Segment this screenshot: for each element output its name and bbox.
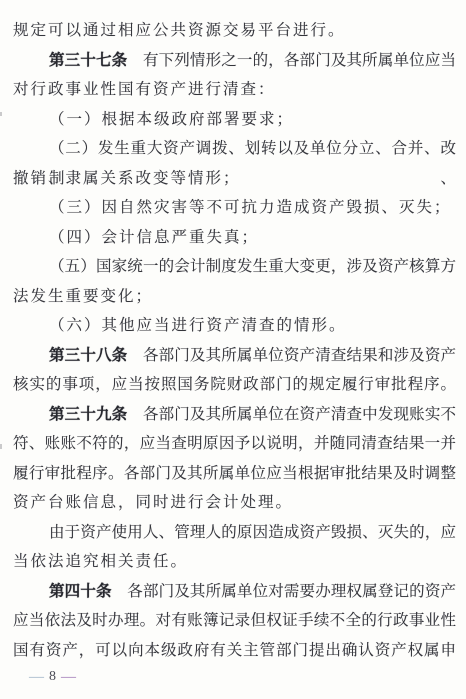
text-segment: 撤销、隶属关系改变等情形； [13, 170, 241, 187]
document-text: 规定可以通过相应公共资源交易平台进行。第三十七条 有下列情形之一的，各部门及其所… [13, 16, 456, 665]
text-line: 规定可以通过相应公共资源交易平台进行。 [13, 16, 456, 46]
text-segment: （四）会计信息严重失真； [49, 229, 259, 246]
text-line: 第四十条 各部门及其所属单位对需要办理权属登记的资产 [13, 577, 456, 607]
text-segment: 资产台账信息，同时进行会计处理。 [13, 494, 293, 511]
text-segment: 各部门及其所属单位对需要办理权属登记的资产 [112, 583, 456, 600]
text-line: 当依法追究相关责任。 [13, 547, 456, 577]
text-line: 第三十八条 各部门及其所属单位资产清查结果和涉及资产 [13, 341, 456, 371]
text-line: 符、账账不符的，应当查明原因予以说明，并随同清查结果一并 [13, 429, 456, 459]
text-line: 履行审批程序。各部门及其所属单位应当根据审批结果及时调整 [13, 459, 456, 489]
text-line: 核实的事项，应当按照国务院财政部门的规定履行审批程序。 [13, 370, 456, 400]
text-line: （四）会计信息严重失真； [13, 223, 456, 253]
text-line: （一）根据本级政府部署要求； [13, 105, 456, 135]
text-line: （三）因自然灾害等不可抗力造成资产毁损、灭失； [13, 193, 456, 223]
page-number-dash-left: — [29, 669, 44, 686]
text-segment: 应当依法及时办理。对有账簿记录但权证手续不全的行政事业性 [13, 612, 456, 629]
text-segment: （五）国家统一的会计制度发生重大变更，涉及资产核算方 [49, 258, 456, 275]
scan-artifact [0, 112, 2, 116]
article-number: 第三十七条 [49, 52, 127, 69]
text-line: 应当依法及时办理。对有账簿记录但权证手续不全的行政事业性 [13, 606, 456, 636]
text-segment: 符、账账不符的，应当查明原因予以说明，并随同清查结果一并 [13, 435, 456, 452]
text-segment: 规定可以通过相应公共资源交易平台进行。 [13, 22, 346, 39]
text-segment: 法发生重要变化； [13, 288, 153, 305]
page-number-value: 8 [49, 669, 56, 685]
text-segment: （一）根据本级政府部署要求； [49, 111, 294, 128]
text-line: （六）其他应当进行资产清查的情形。 [13, 311, 456, 341]
text-segment: 履行审批程序。各部门及其所属单位应当根据审批结果及时调整 [13, 465, 456, 482]
article-number: 第四十条 [49, 583, 112, 600]
text-line: 法发生重要变化； [13, 282, 456, 312]
text-segment: 有下列情形之一的，各部门及其所属单位应当 [127, 52, 456, 69]
scan-artifact [0, 444, 2, 449]
text-line: 国有资产，可以向本级政府有关主管部门提出确认资产权属申 [13, 636, 456, 666]
text-segment: （三）因自然灾害等不可抗力造成资产毁损、灭失； [49, 199, 452, 216]
text-line: 资产台账信息，同时进行会计处理。 [13, 488, 456, 518]
text-segment: 各部门及其所属单位在资产清查中发现账实不 [127, 406, 456, 423]
text-segment: 由于资产使用人、管理人的原因造成资产毁损、灭失的，应 [49, 524, 456, 541]
text-segment: 核实的事项，应当按照国务院财政部门的规定履行审批程序。 [13, 376, 456, 393]
page-number-dash-right: — [61, 669, 76, 686]
text-segment: 对行政事业性国有资产进行清查： [13, 81, 276, 98]
text-line: 第三十七条 有下列情形之一的，各部门及其所属单位应当 [13, 46, 456, 76]
article-number: 第三十九条 [49, 406, 127, 423]
article-number: 第三十八条 [49, 347, 127, 364]
document-page: 规定可以通过相应公共资源交易平台进行。第三十七条 有下列情形之一的，各部门及其所… [0, 0, 466, 699]
text-segment: 各部门及其所属单位资产清查结果和涉及资产 [127, 347, 456, 364]
text-line: 由于资产使用人、管理人的原因造成资产毁损、灭失的，应 [13, 518, 456, 548]
text-segment: （六）其他应当进行资产清查的情形。 [49, 317, 347, 334]
text-segment: 国有资产，可以向本级政府有关主管部门提出确认资产权属申 [13, 642, 456, 659]
text-line: 对行政事业性国有资产进行清查： [13, 75, 456, 105]
text-line: （二）发生重大资产调拨、划转以及单位分立、合并、改制、 [13, 134, 456, 164]
text-line: （五）国家统一的会计制度发生重大变更，涉及资产核算方 [13, 252, 456, 282]
text-line: 第三十九条 各部门及其所属单位在资产清查中发现账实不 [13, 400, 456, 430]
text-segment: 当依法追究相关责任。 [13, 553, 188, 570]
page-number: — 8 — [29, 666, 76, 688]
